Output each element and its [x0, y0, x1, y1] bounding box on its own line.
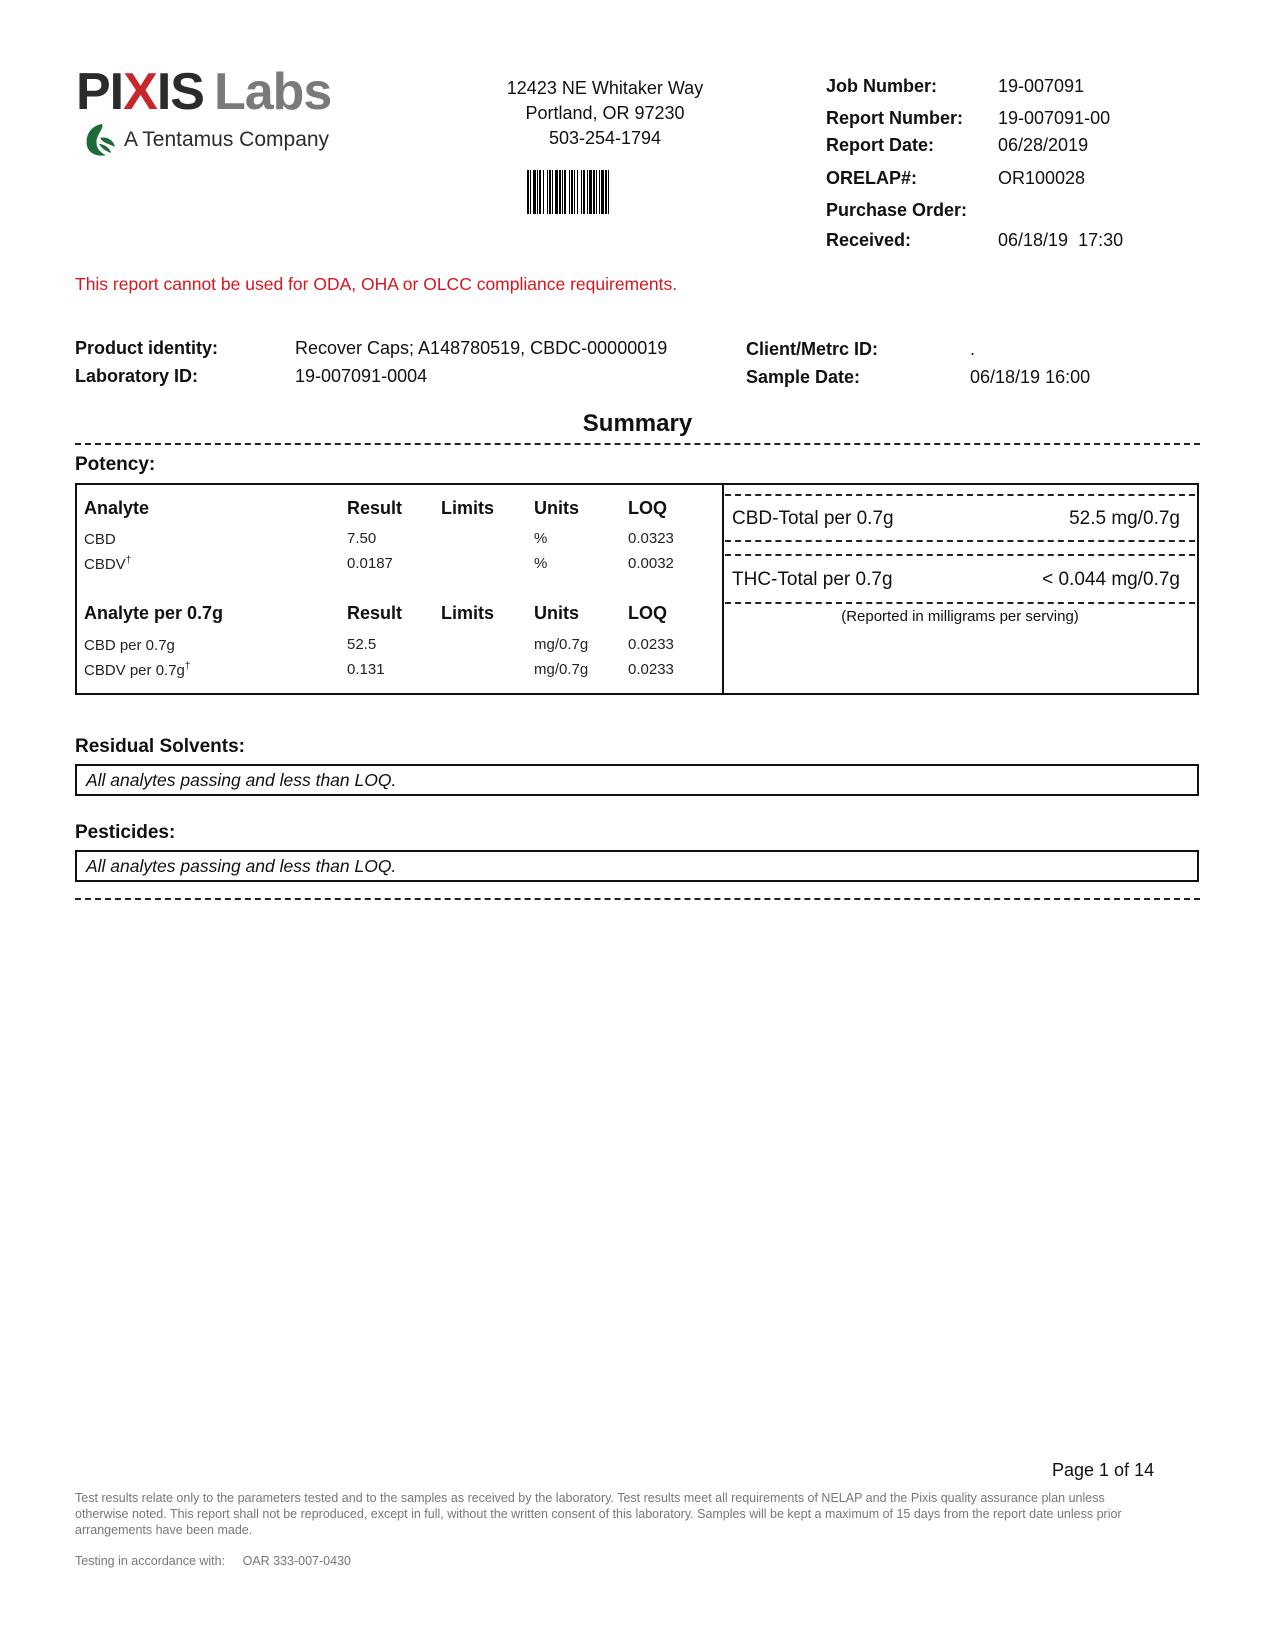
cbd-total-label: CBD-Total per 0.7g [732, 508, 894, 530]
cell-result: 52.5 [347, 636, 376, 653]
col-loq: LOQ [628, 498, 667, 519]
divider-dashed [75, 898, 1200, 900]
pesticides-heading: Pesticides: [75, 822, 175, 844]
logo-text-x: X [123, 63, 157, 121]
table-row: CBD per 0.7g [84, 636, 175, 654]
divider-dashed [75, 443, 1200, 445]
testing-value: OAR 333-007-0430 [243, 1554, 351, 1568]
tagline-text: A Tentamus Company [124, 128, 329, 152]
cell-analyte: CBDV [84, 556, 126, 573]
pixis-labs-logo: PIXISLabs [76, 66, 331, 118]
cell-loq: 0.0233 [628, 661, 674, 678]
col-limits: Limits [441, 498, 494, 519]
tentamus-tagline: A Tentamus Company [84, 122, 329, 158]
thc-total-value: < 0.044 mg/0.7g [990, 569, 1180, 591]
residual-solvents-heading: Residual Solvents: [75, 736, 245, 758]
cell-loq: 0.0233 [628, 636, 674, 653]
label-text: Product identity: [75, 338, 218, 358]
cell-units: % [534, 530, 547, 547]
col-analyte-per-serving: Analyte per 0.7g [84, 603, 223, 624]
testing-label: Testing in accordance with: [75, 1554, 225, 1568]
address-street: 12423 NE Whitaker Way [480, 76, 730, 101]
pesticides-result: All analytes passing and less than LOQ. [75, 850, 1199, 882]
divider-dashed [725, 554, 1195, 556]
cell-units: mg/0.7g [534, 661, 588, 678]
product-identity-label: Product identity: [75, 338, 218, 359]
cell-sup: † [185, 661, 191, 672]
divider-dashed [725, 540, 1195, 542]
cell-analyte: CBDV per 0.7g [84, 662, 185, 679]
meta-report-number: Report Number:19-007091-00 [826, 108, 1110, 129]
barcode-icon [527, 170, 667, 214]
meta-purchase-order: Purchase Order: [826, 200, 998, 221]
lab-id-value: 19-007091-0004 [295, 366, 427, 387]
table-row: CBD [84, 530, 116, 548]
client-id-value: . [970, 339, 975, 360]
sample-date-label: Sample Date: [746, 367, 860, 388]
meta-report-date: Report Date:06/28/2019 [826, 135, 1088, 156]
col-analyte: Analyte [84, 498, 149, 519]
footer-testing: Testing in accordance with: OAR 333-007-… [75, 1553, 351, 1569]
divider-dashed [725, 602, 1195, 604]
cell-result: 0.131 [347, 661, 385, 678]
meta-value: 19-007091-00 [998, 108, 1110, 128]
page-number: Page 1 of 14 [1052, 1460, 1154, 1481]
footer-disclaimer: Test results relate only to the paramete… [75, 1490, 1122, 1538]
cbd-total-value: 52.5 mg/0.7g [1025, 508, 1180, 530]
cell-sup: † [126, 555, 132, 566]
address-phone: 503-254-1794 [480, 126, 730, 151]
col-units: Units [534, 603, 579, 624]
client-id-label: Client/Metrc ID: [746, 339, 878, 360]
meta-label: Report Number: [826, 108, 998, 129]
col-limits: Limits [441, 603, 494, 624]
meta-value: 06/18/19 17:30 [998, 230, 1123, 250]
col-units: Units [534, 498, 579, 519]
logo-text-pi: PI [76, 63, 123, 121]
totals-note: (Reported in milligrams per serving) [725, 608, 1195, 625]
address-city: Portland, OR 97230 [480, 101, 730, 126]
col-result: Result [347, 603, 402, 624]
tentamus-leaf-icon [84, 122, 118, 158]
label-text: Laboratory ID: [75, 366, 198, 386]
label-text: Sample Date: [746, 367, 860, 387]
meta-value: OR100028 [998, 168, 1085, 188]
compliance-warning: This report cannot be used for ODA, OHA … [75, 274, 677, 295]
footer-line: otherwise noted. This report shall not b… [75, 1506, 1122, 1522]
cell-units: % [534, 555, 547, 572]
cell-units: mg/0.7g [534, 636, 588, 653]
table-row: CBDV† [84, 555, 131, 573]
lab-id-label: Laboratory ID: [75, 366, 198, 387]
cell-loq: 0.0032 [628, 555, 674, 572]
col-loq: LOQ [628, 603, 667, 624]
cell-analyte: CBD per 0.7g [84, 637, 175, 654]
meta-value: 06/28/2019 [998, 135, 1088, 155]
cell-result: 7.50 [347, 530, 376, 547]
meta-orelap: ORELAP#:OR100028 [826, 168, 1085, 189]
table-row: CBDV per 0.7g† [84, 661, 190, 679]
cell-loq: 0.0323 [628, 530, 674, 547]
meta-label: Purchase Order: [826, 200, 998, 221]
meta-value: 19-007091 [998, 76, 1084, 96]
footer-line: arrangements have been made. [75, 1522, 1122, 1538]
divider-dashed [725, 494, 1195, 496]
col-result: Result [347, 498, 402, 519]
summary-title: Summary [0, 410, 1275, 438]
potency-heading: Potency: [75, 454, 155, 476]
product-identity-value: Recover Caps; A148780519, CBDC-00000019 [295, 338, 667, 359]
meta-label: Report Date: [826, 135, 998, 156]
potency-divider [722, 483, 724, 695]
cell-analyte: CBD [84, 531, 116, 548]
meta-label: ORELAP#: [826, 168, 998, 189]
label-text: Client/Metrc ID: [746, 339, 878, 359]
footer-line: Test results relate only to the paramete… [75, 1490, 1122, 1506]
meta-received: Received:06/18/19 17:30 [826, 230, 1123, 251]
residual-solvents-result: All analytes passing and less than LOQ. [75, 764, 1199, 796]
meta-label: Received: [826, 230, 998, 251]
logo-text-is: IS [157, 63, 204, 121]
logo-text-labs: Labs [214, 63, 331, 121]
cell-result: 0.0187 [347, 555, 393, 572]
sample-date-value: 06/18/19 16:00 [970, 367, 1090, 388]
meta-label: Job Number: [826, 76, 998, 97]
lab-address: 12423 NE Whitaker Way Portland, OR 97230… [480, 76, 730, 151]
meta-job-number: Job Number:19-007091 [826, 76, 1084, 97]
thc-total-label: THC-Total per 0.7g [732, 569, 893, 591]
